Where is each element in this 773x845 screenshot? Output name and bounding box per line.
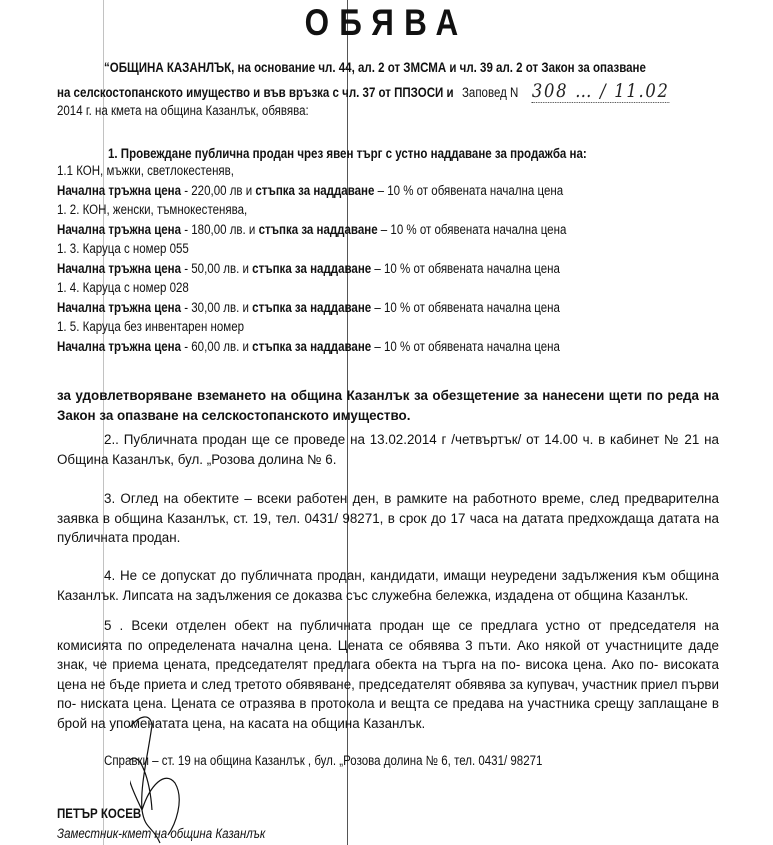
paragraph-3: 3. Оглед на обектите – всеки работен ден… [57,489,719,548]
item-price-line: Начална тръжна цена - 220,00 лв и стъпка… [57,183,563,198]
item-description: 1. 4. Каруца с номер 028 [57,280,189,295]
item-description: 1. 3. Каруца с номер 055 [57,241,189,256]
paragraph-2: 2.. Публичната продан ще се проведе на 1… [57,430,719,469]
order-label: Заповед N [462,85,518,100]
document-title: ОБЯВА [58,2,715,44]
document-page: ОБЯВА “ОБЩИНА КАЗАНЛЪК, на основание чл.… [0,0,773,845]
intro-line-2: на селскостопанското имущество и във връ… [57,80,670,102]
order-number-handwritten: 308 … / 11.02 [532,80,670,103]
item-price-line: Начална тръжна цена - 180,00 лв. и стъпк… [57,222,566,237]
item-description: 1. 5. Каруца без инвентарен номер [57,319,244,334]
section1-heading: 1. Провеждане публична продан чрез явен … [108,146,587,161]
paragraph-4: 4. Не се допускат до публичната продан, … [57,566,719,605]
intro-line-3: 2014 г. на кмета на община Казанлък, обя… [57,103,309,118]
item-description: 1. 2. КОН, женски, тъмнокестенява, [57,202,247,217]
signatory-name: ПЕТЪР КОСЕВ [57,806,141,821]
item-description: 1.1 КОН, мъжки, светлокестеняв, [57,163,234,178]
purpose-paragraph: за удовлетворяване вземането на община К… [57,386,719,425]
item-price-line: Начална тръжна цена - 50,00 лв. и стъпка… [57,261,560,276]
intro-line-1: “ОБЩИНА КАЗАНЛЪК, на основание чл. 44, а… [104,60,646,75]
signature-icon [130,715,250,845]
item-price-line: Начална тръжна цена - 60,00 лв. и стъпка… [57,339,560,354]
item-price-line: Начална тръжна цена - 30,00 лв. и стъпка… [57,300,560,315]
